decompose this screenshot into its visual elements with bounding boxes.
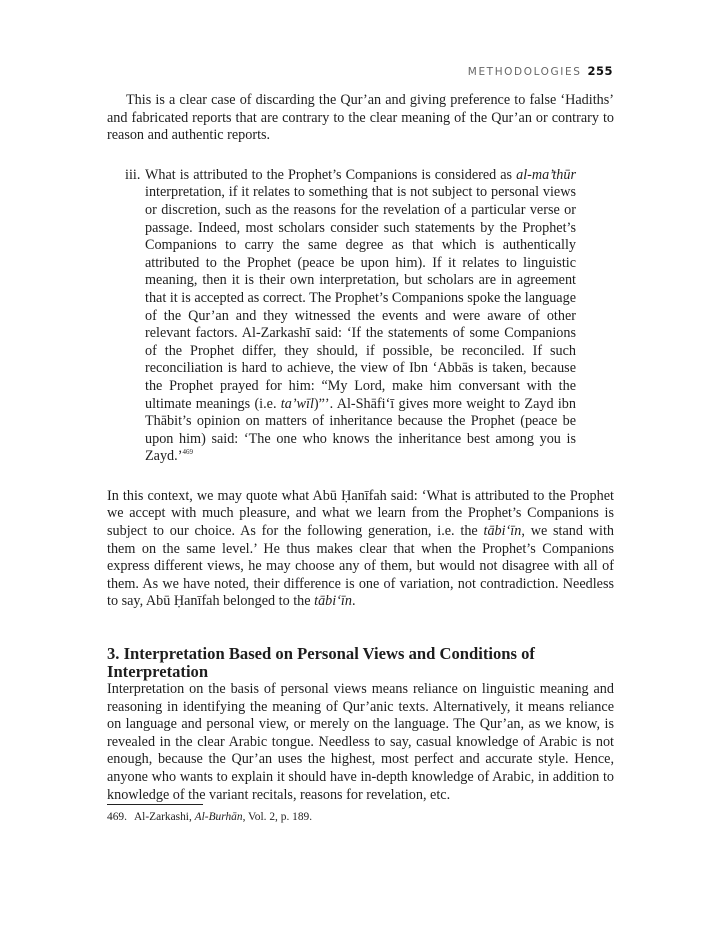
- italic-term: tābi‘īn: [314, 593, 352, 609]
- footnote-divider: [107, 804, 203, 805]
- page-number: 255: [587, 64, 613, 78]
- list-item-iii: iii. What is attributed to the Prophet’s…: [107, 167, 614, 466]
- running-header: METHODOLOGIES255: [468, 64, 613, 78]
- list-item-text: What is attributed to the Prophet’s Comp…: [145, 167, 576, 466]
- section-heading: 3. Interpretation Based on Personal View…: [107, 645, 614, 681]
- text-run: , Vol. 2, p. 189.: [243, 811, 313, 823]
- text-run: interpretation, if it relates to somethi…: [145, 184, 576, 411]
- footnote-469: 469.Al-Zarkashi, Al-Burhān, Vol. 2, p. 1…: [107, 810, 312, 824]
- text-run: What is attributed to the Prophet’s Comp…: [145, 167, 516, 183]
- footnote-ref[interactable]: 469: [182, 448, 193, 456]
- italic-term: tābi‘īn: [484, 523, 522, 539]
- text-run: Al-Zarkashi,: [134, 811, 195, 823]
- footnote-number: 469.: [107, 811, 127, 823]
- paragraph-intro: This is a clear case of discarding the Q…: [107, 92, 614, 145]
- paragraph-personal-views: Interpretation on the basis of personal …: [107, 681, 614, 804]
- italic-term: al-ma’thūr: [516, 167, 576, 183]
- paragraph-abu-hanifah: In this context, we may quote what Abū Ḥ…: [107, 488, 614, 611]
- running-title: METHODOLOGIES: [468, 66, 582, 78]
- text-run: .: [352, 593, 356, 609]
- page-body: This is a clear case of discarding the Q…: [107, 92, 614, 804]
- italic-term: ta’wīl: [281, 396, 314, 412]
- list-marker: iii.: [125, 167, 140, 185]
- italic-title: Al-Burhān: [195, 811, 243, 823]
